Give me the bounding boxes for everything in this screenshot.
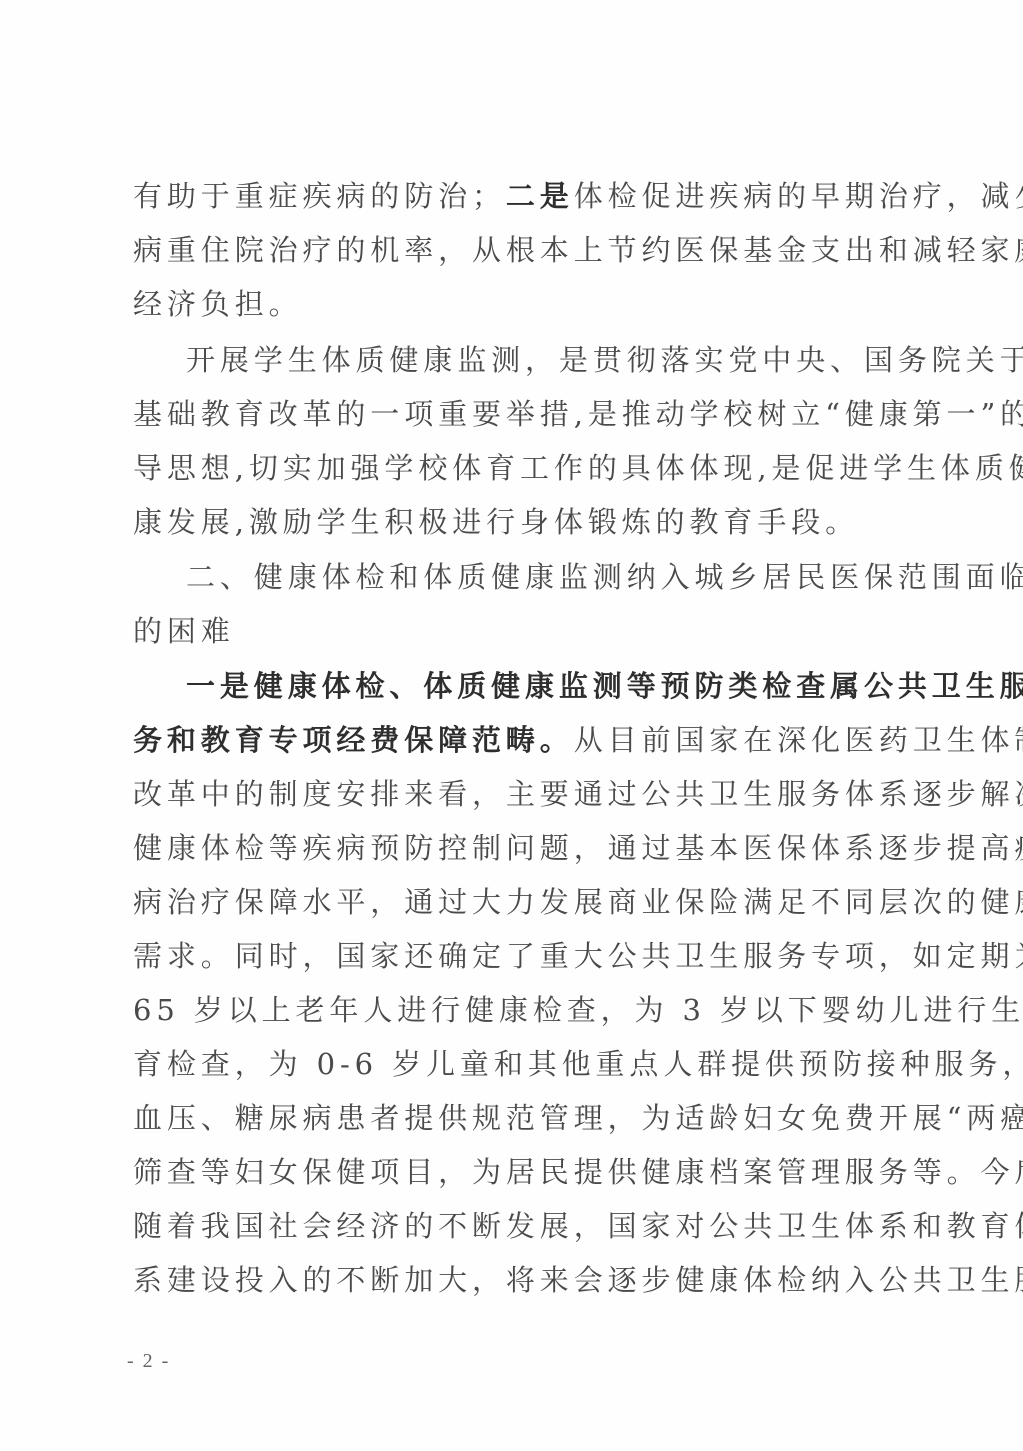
text-line-13: 健康体检等疾病预防控制问题，通过基本医保体系逐步提高疾	[133, 828, 885, 868]
document-page: 有助于重症疾病的防治；二是体检促进疾病的早期治疗，减少 病重住院治疗的机率，从根…	[0, 0, 1023, 1451]
section-heading-line-2: 的困难	[133, 611, 885, 651]
text-segment: 有助于重症疾病的防治；	[133, 179, 506, 213]
text-segment: 需求。同时，国家还确定了重大公共卫生服务专项，如定期为	[133, 939, 1023, 973]
section-heading-text: 二、健康体检和体质健康监测纳入城乡居民医保范围面临	[186, 560, 1023, 594]
text-segment: 病治疗保障水平，通过大力发展商业保险满足不同层次的健康	[133, 885, 1023, 919]
text-segment: 65 岁以上老年人进行健康检查，为 3 岁以下婴幼儿进行生长发	[133, 993, 1023, 1027]
text-segment: 血压、糖尿病患者提供规范管理，为适龄妇女免费开展“两癌”	[133, 1101, 1023, 1135]
text-line-11: 务和教育专项经费保障范畴。从目前国家在深化医药卫生体制	[133, 720, 885, 760]
text-line-5: 基础教育改革的一项重要举措,是推动学校树立“健康第一”的指	[133, 394, 885, 434]
text-segment: 筛查等妇女保健项目，为居民提供健康档案管理服务等。今后，	[133, 1155, 1023, 1189]
text-line-7: 康发展,激励学生积极进行身体锻炼的教育手段。	[133, 502, 885, 542]
bold-text-segment: 务和教育专项经费保障范畴。	[133, 723, 574, 757]
text-line-18: 血压、糖尿病患者提供规范管理，为适龄妇女免费开展“两癌”	[133, 1098, 885, 1138]
bold-text-segment: 一是健康体检、体质健康监测等预防类检查属公共卫生服	[186, 669, 1023, 703]
text-line-6: 导思想,切实加强学校体育工作的具体体现,是促进学生体质健	[133, 448, 885, 488]
text-line-16: 65 岁以上老年人进行健康检查，为 3 岁以下婴幼儿进行生长发	[133, 990, 885, 1030]
text-segment: 从目前国家在深化医药卫生体制	[574, 723, 1023, 757]
text-segment: 育检查，为 0-6 岁儿童和其他重点人群提供预防接种服务，为高	[133, 1047, 1023, 1081]
text-line-1: 有助于重症疾病的防治；二是体检促进疾病的早期治疗，减少	[133, 176, 885, 216]
text-segment: 基础教育改革的一项重要举措,是推动学校树立“健康第一”的指	[133, 397, 1023, 431]
text-line-19: 筛查等妇女保健项目，为居民提供健康档案管理服务等。今后，	[133, 1152, 885, 1192]
page-number: - 2 -	[127, 1350, 170, 1373]
text-segment: 开展学生体质健康监测，是贯彻落实党中央、国务院关于	[186, 343, 1023, 377]
text-segment: 改革中的制度安排来看，主要通过公共卫生服务体系逐步解决	[133, 777, 1023, 811]
text-line-17: 育检查，为 0-6 岁儿童和其他重点人群提供预防接种服务，为高	[133, 1044, 885, 1084]
text-segment: 康发展,激励学生积极进行身体锻炼的教育手段。	[133, 505, 859, 539]
text-line-3: 经济负担。	[133, 284, 885, 324]
text-segment: 随着我国社会经济的不断发展，国家对公共卫生体系和教育体	[133, 1209, 1023, 1243]
text-segment: 病重住院治疗的机率，从根本上节约医保基金支出和减轻家庭	[133, 233, 1023, 267]
text-segment: 系建设投入的不断加大，将来会逐步健康体检纳入公共卫生服	[133, 1263, 1023, 1297]
text-segment: 健康体检等疾病预防控制问题，通过基本医保体系逐步提高疾	[133, 831, 1023, 865]
text-line-20: 随着我国社会经济的不断发展，国家对公共卫生体系和教育体	[133, 1206, 885, 1246]
text-segment: 导思想,切实加强学校体育工作的具体体现,是促进学生体质健	[133, 451, 1023, 485]
text-line-10: 一是健康体检、体质健康监测等预防类检查属公共卫生服	[186, 666, 885, 706]
text-line-4: 开展学生体质健康监测，是贯彻落实党中央、国务院关于	[186, 340, 885, 380]
text-line-12: 改革中的制度安排来看，主要通过公共卫生服务体系逐步解决	[133, 774, 885, 814]
text-line-15: 需求。同时，国家还确定了重大公共卫生服务专项，如定期为	[133, 936, 885, 976]
text-segment: 体检促进疾病的早期治疗，减少	[574, 179, 1023, 213]
section-heading-text: 的困难	[133, 614, 235, 648]
text-segment: 经济负担。	[133, 287, 303, 321]
section-heading-line-1: 二、健康体检和体质健康监测纳入城乡居民医保范围面临	[186, 557, 885, 597]
text-line-14: 病治疗保障水平，通过大力发展商业保险满足不同层次的健康	[133, 882, 885, 922]
text-line-2: 病重住院治疗的机率，从根本上节约医保基金支出和减轻家庭	[133, 230, 885, 270]
text-line-21: 系建设投入的不断加大，将来会逐步健康体检纳入公共卫生服	[133, 1260, 885, 1300]
bold-text-segment: 二是	[506, 179, 574, 213]
